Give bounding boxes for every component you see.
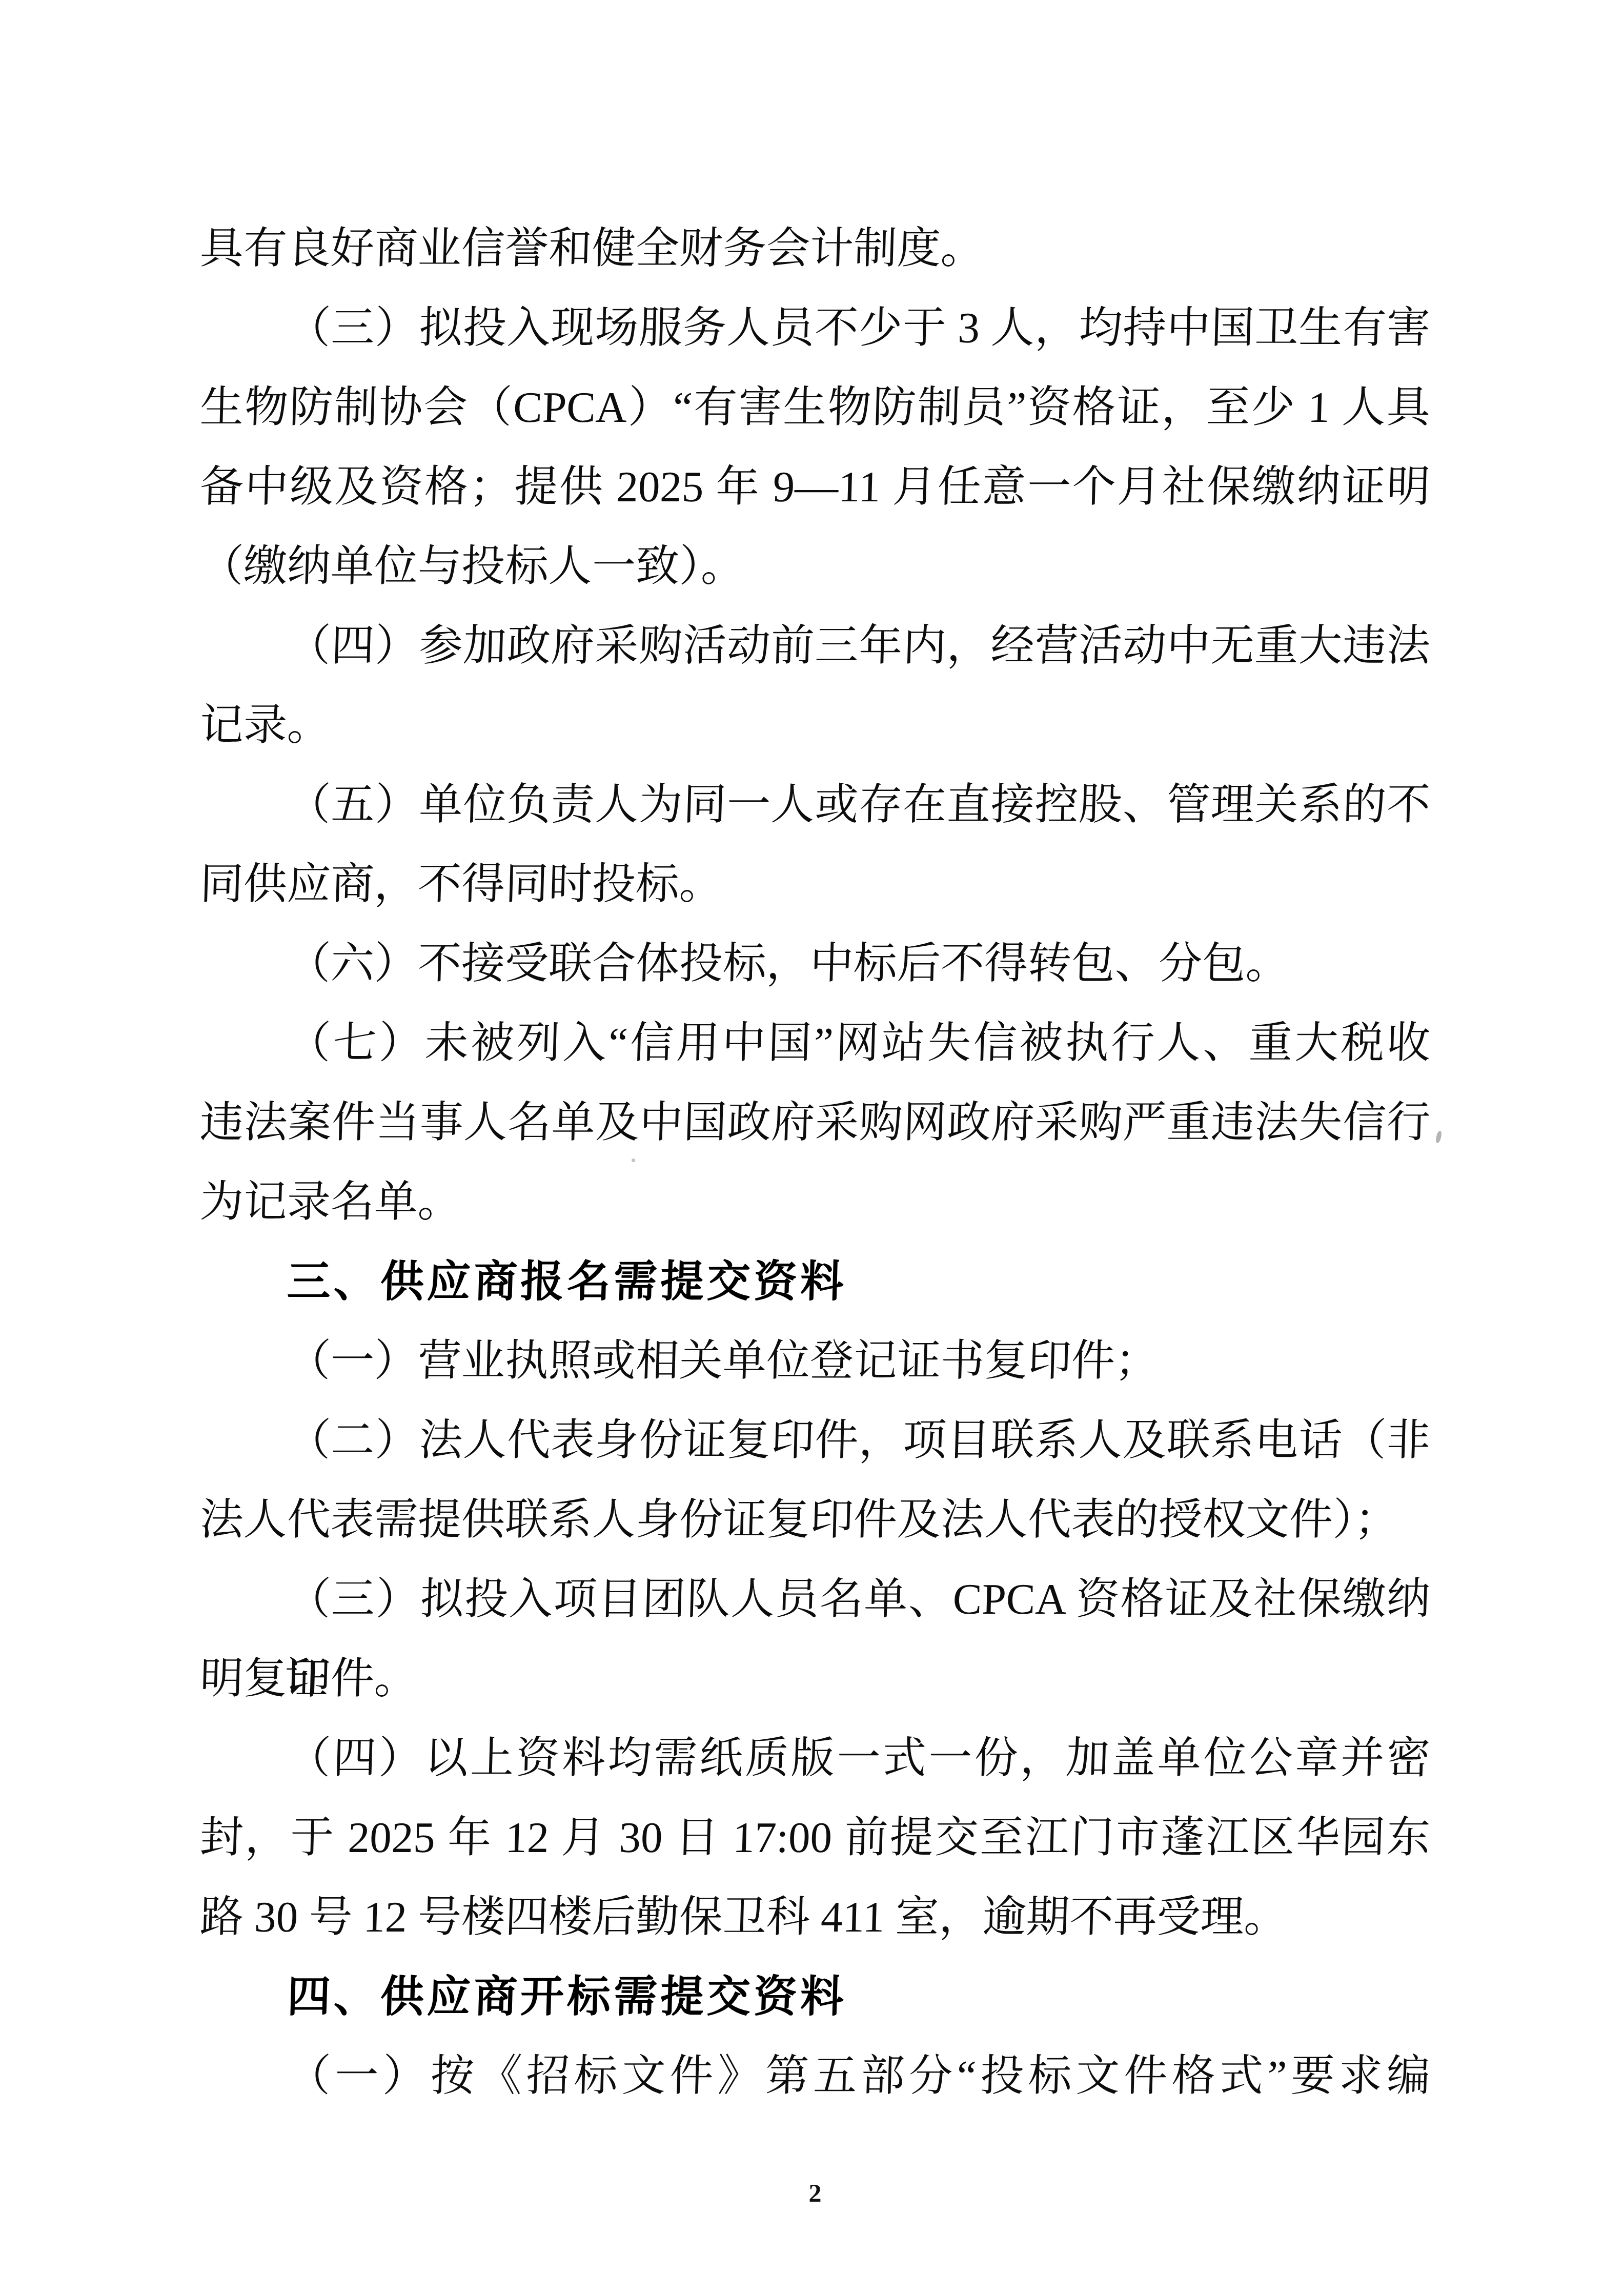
text-line: （三）拟投入项目团队人员名单、CPCA 资格证及社保缴纳证 bbox=[199, 1560, 1431, 1639]
section-heading-3: 三、供应商报名需提交资料 bbox=[199, 1242, 1431, 1322]
document-page: 具有良好商业信誉和健全财务会计制度。 （三）拟投入现场服务人员不少于 3 人，均… bbox=[0, 0, 1624, 2296]
section-heading-4: 四、供应商开标需提交资料 bbox=[199, 1957, 1431, 2037]
text-line: 封，于 2025 年 12 月 30 日 17:00 前提交至江门市蓬江区华园东 bbox=[199, 1798, 1431, 1878]
text-line: （四）以上资料均需纸质版一式一份，加盖单位公章并密 bbox=[199, 1719, 1431, 1798]
text-line: （三）拟投入现场服务人员不少于 3 人，均持中国卫生有害 bbox=[199, 289, 1431, 368]
text-line: 记录。 bbox=[199, 686, 1431, 765]
text-line: （二）法人代表身份证复印件，项目联系人及联系电话（非 bbox=[199, 1401, 1431, 1480]
text-line: 生物防制协会（CPCA）“有害生物防制员”资格证，至少 1 人具 bbox=[199, 368, 1431, 448]
text-line: 路 30 号 12 号楼四楼后勤保卫科 411 室，逾期不再受理。 bbox=[199, 1878, 1431, 1957]
text-line: （六）不接受联合体投标，中标后不得转包、分包。 bbox=[199, 924, 1431, 1004]
scan-speck bbox=[632, 1159, 635, 1162]
text-line: 具有良好商业信誉和健全财务会计制度。 bbox=[199, 209, 1431, 289]
text-line: 同供应商，不得同时投标。 bbox=[199, 845, 1431, 924]
text-line: （四）参加政府采购活动前三年内，经营活动中无重大违法 bbox=[199, 606, 1431, 686]
text-line: 明复印件。 bbox=[199, 1639, 1431, 1719]
text-line: 备中级及资格；提供 2025 年 9—11 月任意一个月社保缴纳证明 bbox=[199, 448, 1431, 527]
text-line: 法人代表需提供联系人身份证复印件及法人代表的授权文件）； bbox=[199, 1480, 1431, 1560]
text-line: 为记录名单。 bbox=[199, 1163, 1431, 1242]
text-line: （缴纳单位与投标人一致）。 bbox=[199, 527, 1431, 606]
text-line: （一）按《招标文件》第五部分“投标文件格式”要求编 bbox=[199, 2037, 1431, 2116]
text-line: （一）营业执照或相关单位登记证书复印件； bbox=[199, 1322, 1431, 1401]
text-line: 违法案件当事人名单及中国政府采购网政府采购严重违法失信行 bbox=[199, 1083, 1431, 1163]
text-block: 具有良好商业信誉和健全财务会计制度。 （三）拟投入现场服务人员不少于 3 人，均… bbox=[200, 209, 1430, 2116]
scan-speck bbox=[1435, 1130, 1443, 1143]
text-line: （五）单位负责人为同一人或存在直接控股、管理关系的不 bbox=[199, 765, 1431, 845]
text-line: （七）未被列入“信用中国”网站失信被执行人、重大税收 bbox=[199, 1004, 1431, 1083]
page-number: 2 bbox=[200, 2172, 1430, 2213]
